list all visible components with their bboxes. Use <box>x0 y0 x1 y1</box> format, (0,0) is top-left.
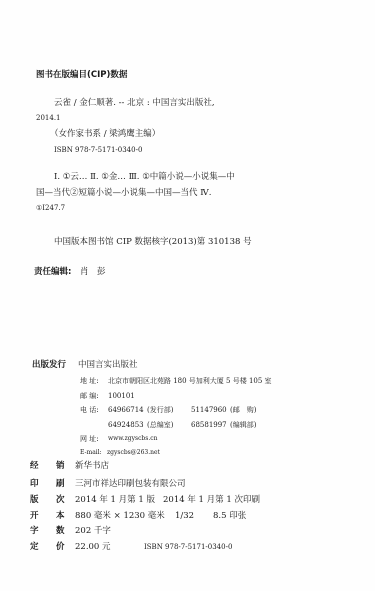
cip-heading: 图书在版编目(CIP)数据 <box>36 71 127 80</box>
detail-label-2: 价 <box>56 543 65 552</box>
detail-label-2: 本 <box>56 512 65 521</box>
detail-value-2: 2014 年 1 月第 1 次印刷 <box>163 496 260 505</box>
editor-name: 肖 彭 <box>80 268 106 277</box>
detail-value: 880 毫米 × 1230 毫米 <box>75 512 165 521</box>
detail-isbn: ISBN 978-7-5171-0340-0 <box>144 544 232 551</box>
phone-1-number: 64966714 <box>108 407 144 414</box>
website-label: 网 址: <box>80 436 99 443</box>
detail-label-1: 版 <box>30 496 39 505</box>
detail-value: 新华书店 <box>75 462 109 471</box>
detail-label-2: 销 <box>56 462 65 471</box>
phone-4-number: 68581997 <box>191 422 227 429</box>
detail-value-2: 1/32 <box>175 512 194 521</box>
publisher-label: 出版发行 <box>32 361 66 370</box>
phone-2-number: 51147960 <box>191 407 227 414</box>
detail-label-1: 印 <box>30 480 39 489</box>
detail-value: 202 千字 <box>75 527 111 536</box>
cip-library-record: 中国版本图书馆 CIP 数据核字(2013)第 310138 号 <box>54 238 252 247</box>
postcode-label: 邮 编: <box>80 393 99 400</box>
address-value: 北京市朝阳区北苑路 180 号加利大厦 5 号楼 105 室 <box>108 378 272 385</box>
cip-line-3: （女作家书系 / 梁鸿鹰主编） <box>50 130 160 139</box>
editor-label: 责任编辑: <box>34 268 71 277</box>
copyright-page: 图书在版编目(CIP)数据 云雀 / 金仁顺著. -- 北京 : 中国言实出版社… <box>0 0 375 591</box>
detail-label-2: 刷 <box>56 480 65 489</box>
cip-class-line-2: 国—当代②短篇小说—小说集—中国—当代 Ⅳ. <box>36 189 211 198</box>
postcode-value: 100101 <box>108 393 135 400</box>
website-value: www.zgyscbs.cn <box>108 436 158 442</box>
cip-line-2: 2014.1 <box>36 115 61 122</box>
phone-4-dept: (编辑部) <box>230 422 256 429</box>
cip-line-1: 云雀 / 金仁顺著. -- 北京 : 中国言实出版社, <box>54 99 215 108</box>
phone-3-number: 64924853 <box>108 422 144 429</box>
address-label: 地 址: <box>80 378 99 385</box>
detail-value: 三河市祥达印刷包装有限公司 <box>75 480 186 489</box>
detail-label-2: 数 <box>56 527 65 536</box>
phone-3-dept: (总编室) <box>147 422 173 429</box>
email-value: zgyscbs@263.net <box>107 450 160 456</box>
detail-value: 2014 年 1 月第 1 版 <box>75 496 155 505</box>
cip-class-line-3: ①I247.7 <box>36 205 65 212</box>
phone-1-dept: (发行部) <box>147 407 173 414</box>
detail-label-1: 定 <box>30 543 39 552</box>
detail-label-1: 字 <box>30 527 39 536</box>
detail-label-1: 经 <box>30 462 39 471</box>
detail-label-1: 开 <box>30 512 39 521</box>
cip-isbn: ISBN 978-7-5171-0340-0 <box>54 147 142 154</box>
detail-value: 22.00 元 <box>75 543 111 552</box>
email-label: E-mail: <box>80 450 102 456</box>
phone-label: 电 话: <box>80 407 99 414</box>
detail-value-3: 8.5 印张 <box>213 512 246 521</box>
cip-class-line-1: Ⅰ. ①云… Ⅱ. ①金… Ⅲ. ①中篇小说—小说集—中 <box>54 173 235 182</box>
phone-2-dept: (邮 购) <box>230 407 256 414</box>
detail-label-2: 次 <box>56 496 65 505</box>
publisher-name: 中国言实出版社 <box>78 361 138 370</box>
